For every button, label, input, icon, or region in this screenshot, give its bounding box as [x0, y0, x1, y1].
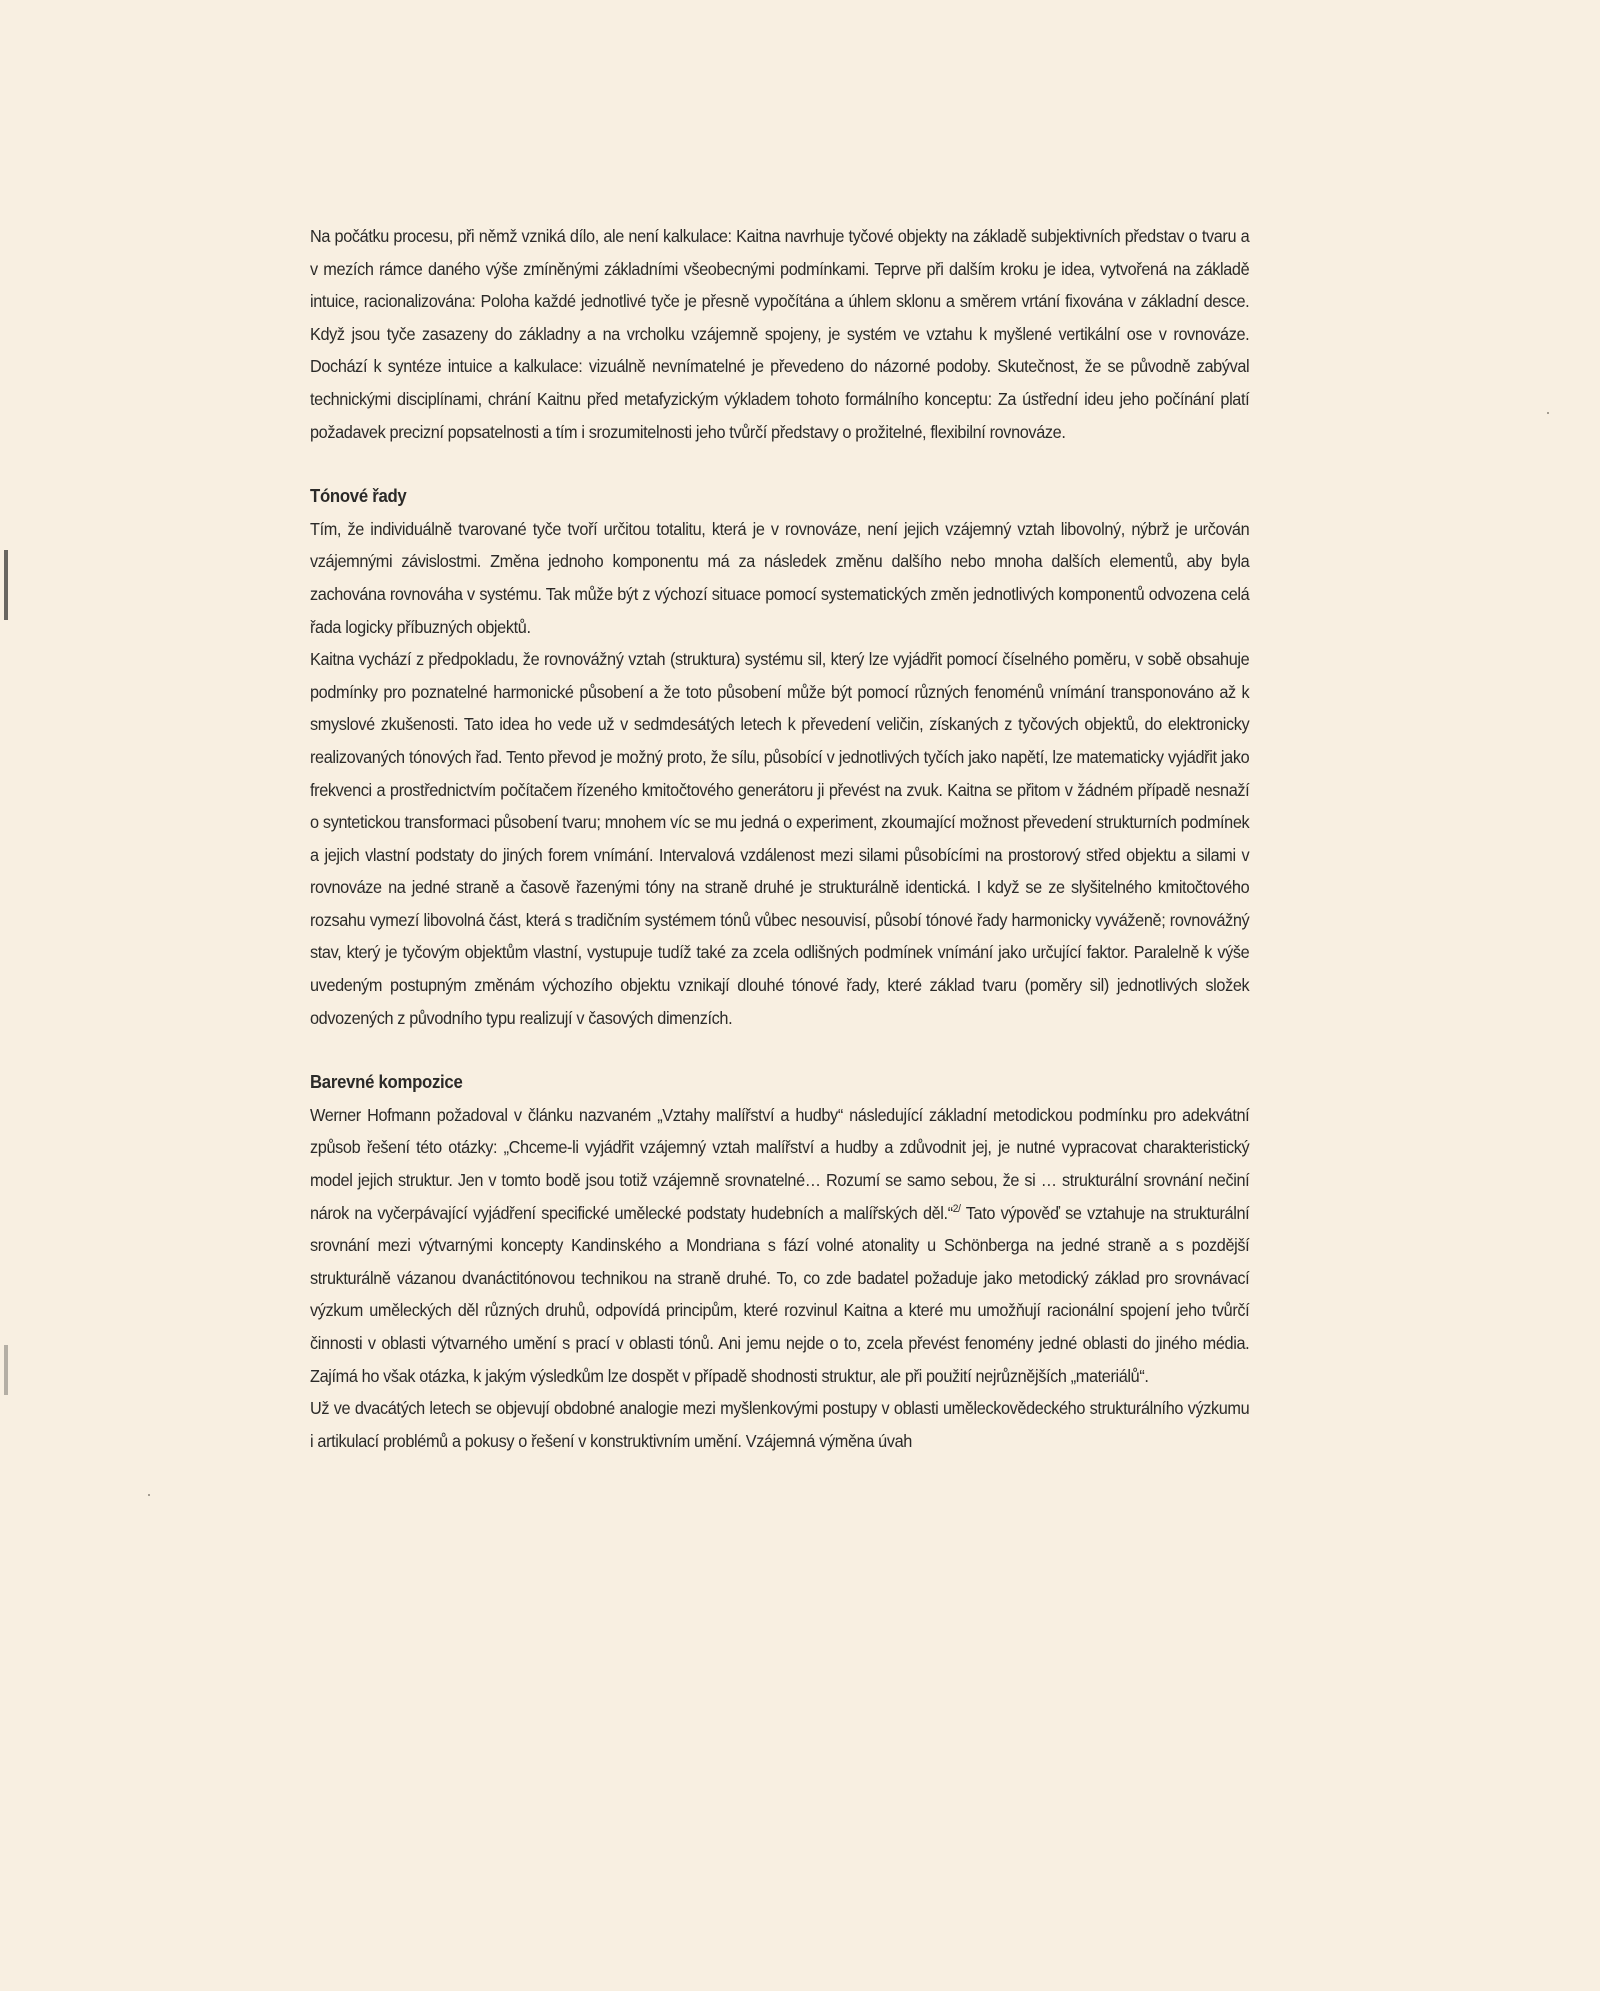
scan-edge-mark	[4, 550, 8, 620]
document-page: Na počátku procesu, při němž vzniká dílo…	[310, 220, 1249, 1457]
paragraph-text: Tato výpověď se vztahuje na strukturální…	[310, 1203, 1249, 1386]
body-paragraph: Už ve dvacátých letech se objevují obdob…	[310, 1392, 1249, 1457]
scan-speck	[148, 1494, 150, 1496]
intro-paragraph: Na počátku procesu, při němž vzniká dílo…	[310, 220, 1249, 448]
footnote-marker: 2/	[953, 1203, 961, 1215]
body-paragraph: Werner Hofmann požadoval v článku nazvan…	[310, 1099, 1249, 1392]
section-heading: Tónové řady	[310, 480, 1249, 513]
section-heading: Barevné kompozice	[310, 1066, 1249, 1099]
scan-edge-mark	[4, 1345, 8, 1395]
body-paragraph: Tím, že individuálně tvarované tyče tvoř…	[310, 513, 1249, 643]
body-paragraph: Kaitna vychází z předpokladu, že rovnová…	[310, 643, 1249, 1034]
section-tonove-rady: Tónové řady Tím, že individuálně tvarova…	[310, 480, 1249, 1034]
scan-speck	[1547, 412, 1549, 414]
section-barevne-kompozice: Barevné kompozice Werner Hofmann požadov…	[310, 1066, 1249, 1457]
